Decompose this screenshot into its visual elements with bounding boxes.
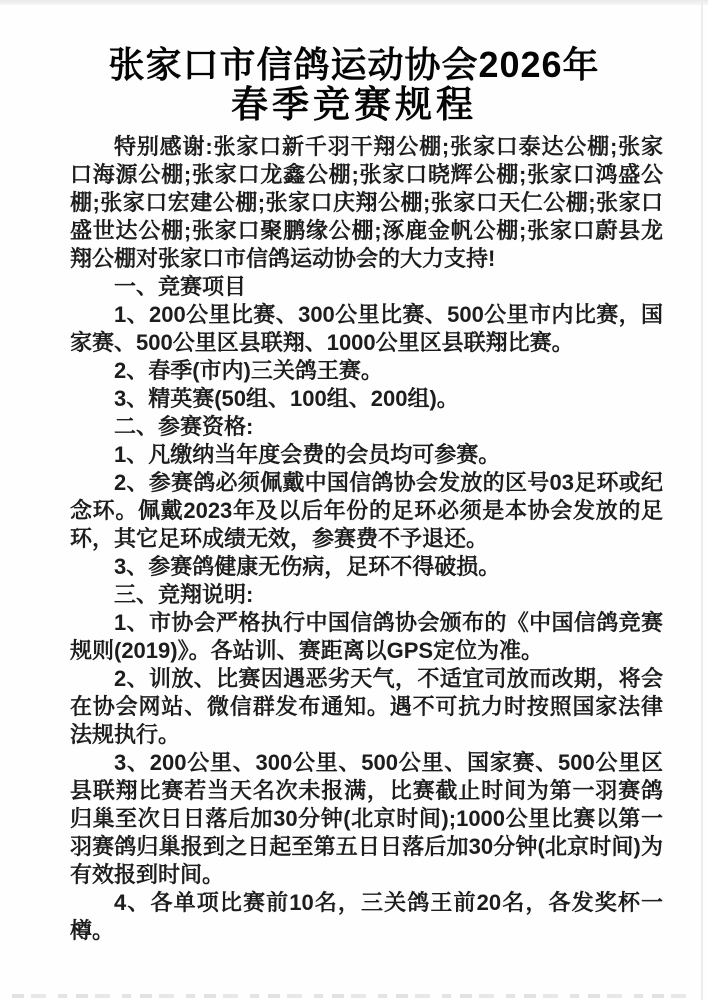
heading-flying-instructions: 三、竞翔说明: [70, 581, 663, 609]
document-title: 张家口市信鸽运动协会2026年 春季竞赛规程 [0, 0, 708, 124]
top-edge-strip [0, 0, 708, 5]
document-body: 特别感谢:张家口新千羽干翔公棚;张家口泰达公棚;张家口海源公棚;张家口龙鑫公棚;… [0, 124, 708, 945]
item-eligibility-1: 1、凡缴纳当年度会费的会员均可参赛。 [70, 441, 663, 469]
heading-competition-events: 一、竞赛项目 [70, 273, 663, 301]
page-title-line2: 春季竞赛规程 [0, 86, 708, 124]
item-flying-3: 3、200公里、300公里、500公里、国家赛、500公里区县联翔比赛若当天名次… [70, 749, 663, 889]
scanned-document-page: 张家口市信鸽运动协会2026年 春季竞赛规程 特别感谢:张家口新千羽干翔公棚;张… [0, 0, 708, 1000]
heading-eligibility: 二、参赛资格: [70, 413, 663, 441]
item-flying-4: 4、各单项比赛前10名，三关鸽王前20名，各发奖杯一樽。 [70, 889, 663, 945]
next-line-cutoff-fragment [12, 994, 694, 998]
item-events-3: 3、精英赛(50组、100组、200组)。 [70, 385, 663, 413]
item-events-1: 1、200公里比赛、300公里比赛、500公里市内比赛，国家赛、500公里区县联… [70, 301, 663, 357]
item-events-2: 2、春季(市内)三关鸽王赛。 [70, 357, 663, 385]
item-eligibility-2: 2、参赛鸽必须佩戴中国信鸽协会发放的区号03足环或纪念环。佩戴2023年及以后年… [70, 469, 663, 553]
item-flying-2: 2、训放、比赛因遇恶劣天气，不适宜司放而改期，将会在协会网站、微信群发布通知。遇… [70, 665, 663, 749]
thanks-paragraph: 特别感谢:张家口新千羽干翔公棚;张家口泰达公棚;张家口海源公棚;张家口龙鑫公棚;… [70, 133, 663, 273]
page-title-line1: 张家口市信鸽运动协会2026年 [0, 44, 708, 86]
item-flying-1: 1、市协会严格执行中国信鸽协会颁布的《中国信鸽竞赛规则(2019)》。各站训、赛… [70, 609, 663, 665]
page-right-seam [701, 0, 703, 1000]
item-eligibility-3: 3、参赛鸽健康无伤病，足环不得破损。 [70, 553, 663, 581]
